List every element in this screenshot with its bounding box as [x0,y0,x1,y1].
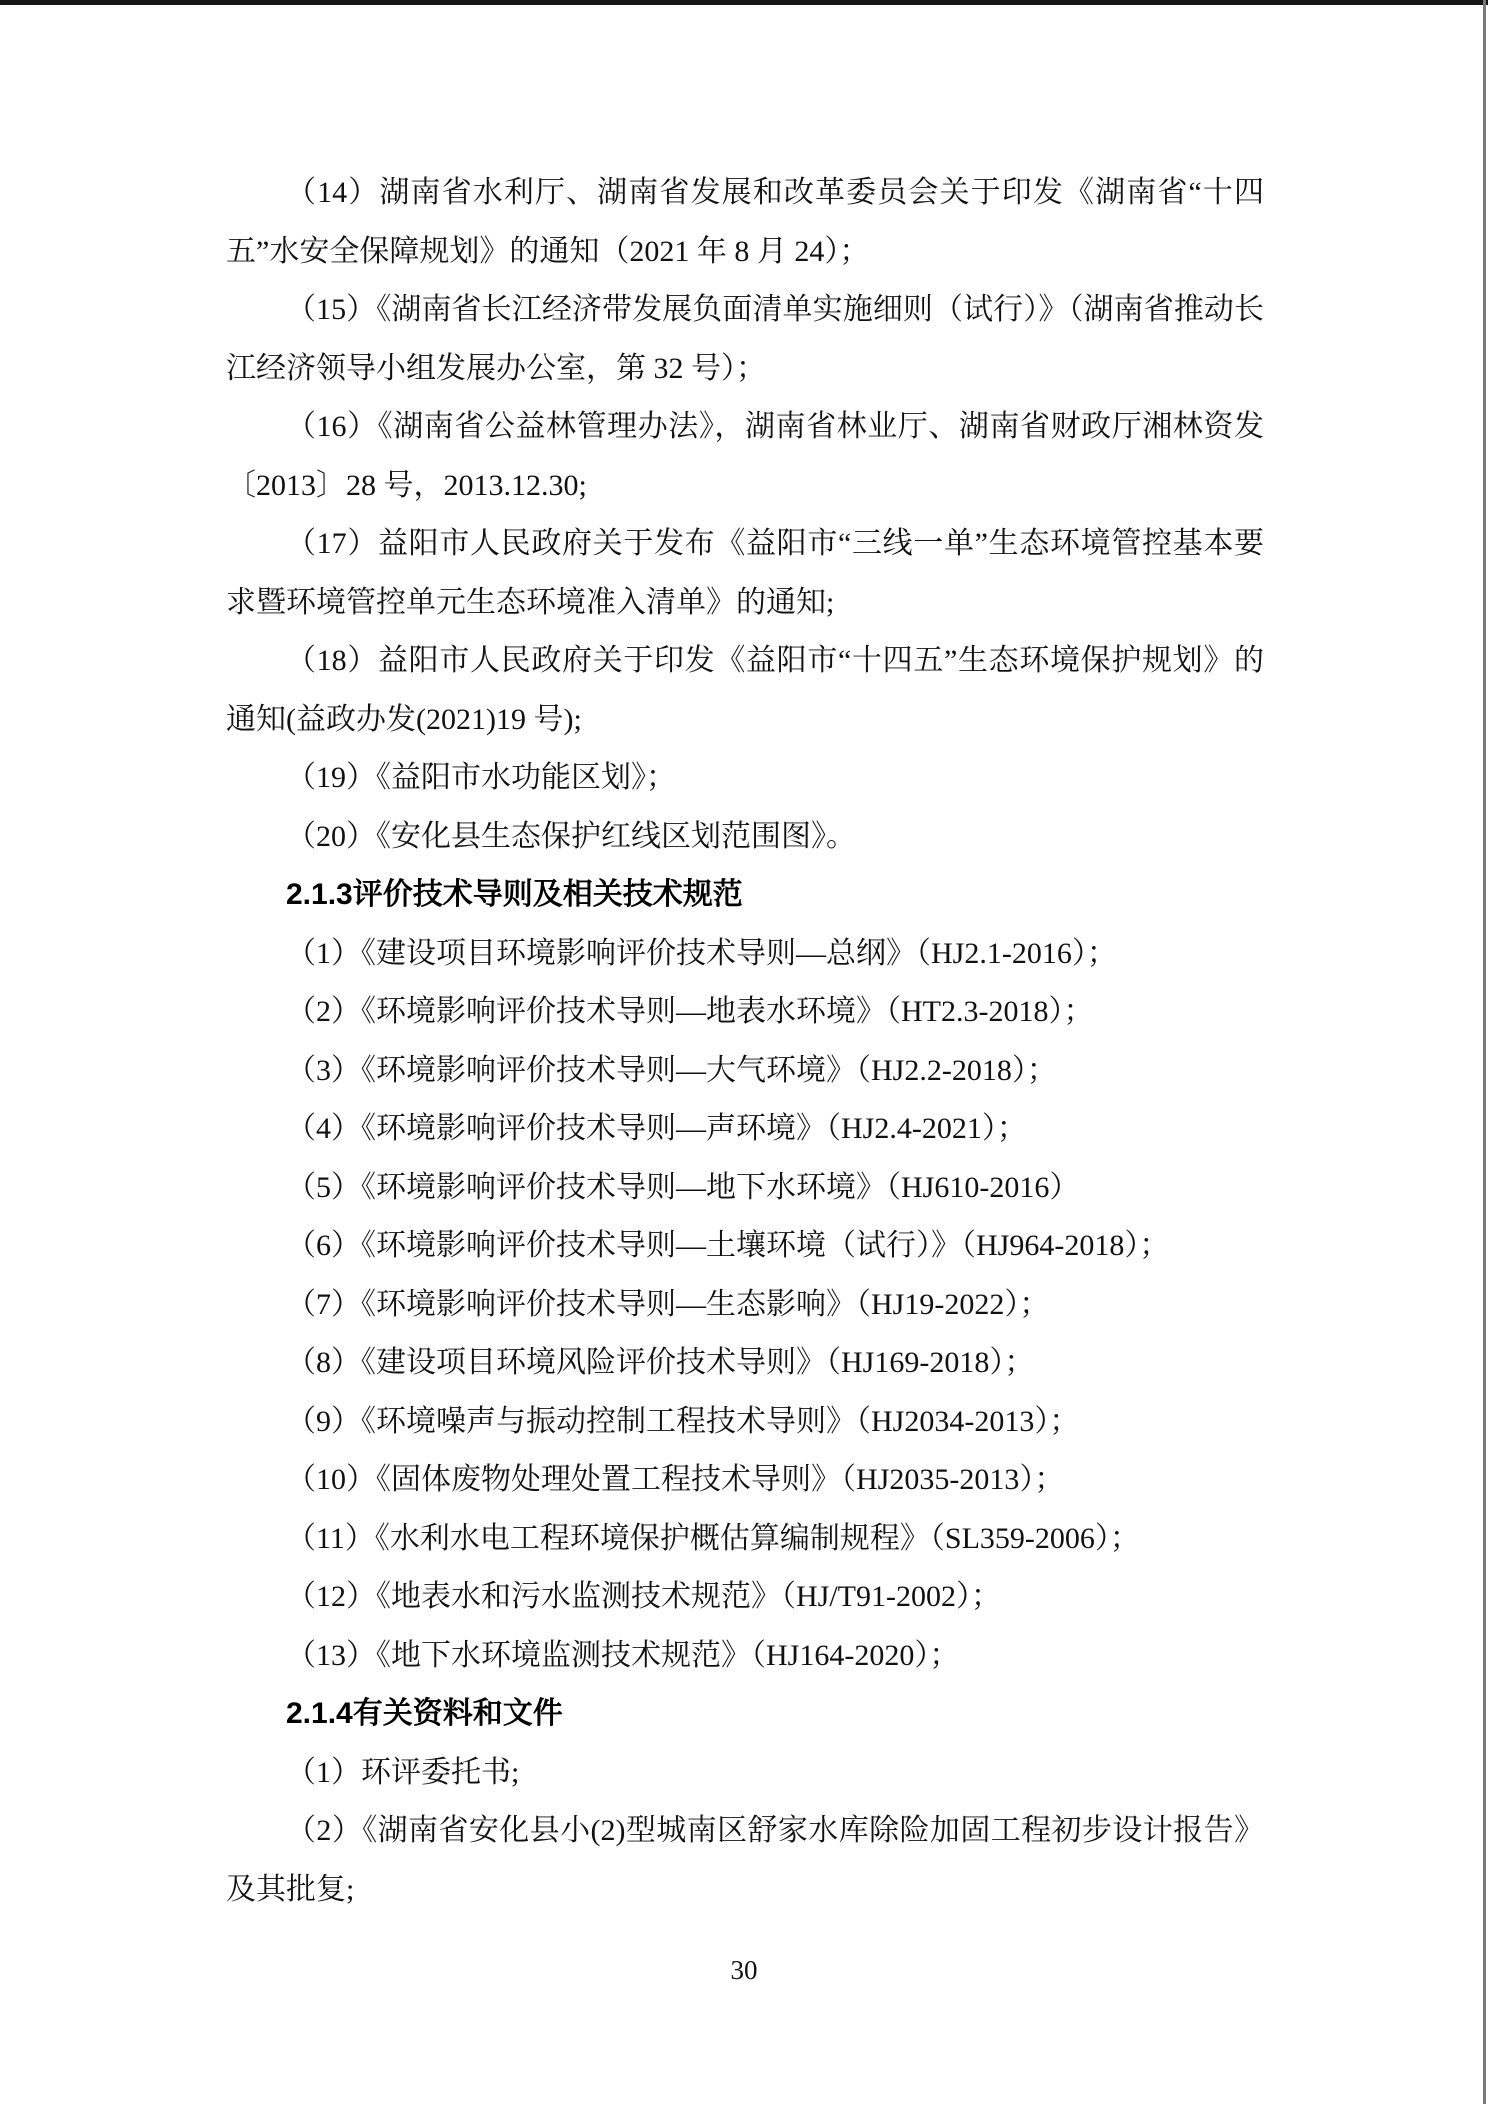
list-item-paragraph: （1）《建设项目环境影响评价技术导则—总纲》（HJ2.1-2016）； [226,925,1264,984]
list-item-paragraph: （3）《环境影响评价技术导则—大气环境》（HJ2.2-2018）； [226,1042,1264,1101]
list-item-paragraph: （20）《安化县生态保护红线区划范围图》。 [226,808,1264,867]
list-item-paragraph: （13）《地下水环境监测技术规范》（HJ164-2020）； [226,1627,1264,1686]
scan-right-edge [1483,0,1486,2104]
list-item-paragraph: （5）《环境影响评价技术导则—地下水环境》（HJ610-2016） [226,1159,1264,1218]
list-item-paragraph: （1）环评委托书; [226,1744,1264,1803]
list-item-paragraph: （10）《固体废物处理处置工程技术导则》（HJ2035-2013）； [226,1451,1264,1510]
document-page: （14）湖南省水利厅、湖南省发展和改革委员会关于印发《湖南省“十四五”水安全保障… [0,0,1488,2104]
section-heading: 2.1.4有关资料和文件 [226,1685,1264,1744]
list-item-paragraph: （9）《环境噪声与振动控制工程技术导则》（HJ2034-2013）； [226,1393,1264,1452]
list-item-paragraph: （15）《湖南省长江经济带发展负面清单实施细则（试行）》（湖南省推动长江经济领导… [226,281,1264,398]
list-item-paragraph: （2）《环境影响评价技术导则—地表水环境》（HT2.3-2018）； [226,983,1264,1042]
list-item-paragraph: （6）《环境影响评价技术导则—土壤环境（试行）》（HJ964-2018）； [226,1217,1264,1276]
page-number: 30 [0,1953,1488,1987]
list-item-paragraph: （4）《环境影响评价技术导则—声环境》（HJ2.4-2021）； [226,1100,1264,1159]
list-item-paragraph: （14）湖南省水利厅、湖南省发展和改革委员会关于印发《湖南省“十四五”水安全保障… [226,164,1264,281]
section-heading: 2.1.3评价技术导则及相关技术规范 [226,866,1264,925]
list-item-paragraph: （11）《水利水电工程环境保护概估算编制规程》（SL359-2006）； [226,1510,1264,1569]
list-item-paragraph: （16）《湖南省公益林管理办法》，湖南省林业厅、湖南省财政厅湘林资发〔2013〕… [226,398,1264,515]
list-item-paragraph: （17）益阳市人民政府关于发布《益阳市“三线一单”生态环境管控基本要求暨环境管控… [226,515,1264,632]
list-item-paragraph: （2）《湖南省安化县小(2)型城南区舒家水库除险加固工程初步设计报告》及其批复; [226,1802,1264,1919]
document-body: （14）湖南省水利厅、湖南省发展和改革委员会关于印发《湖南省“十四五”水安全保障… [226,164,1264,1919]
list-item-paragraph: （8）《建设项目环境风险评价技术导则》（HJ169-2018）； [226,1334,1264,1393]
scan-top-edge [0,0,1488,5]
list-item-paragraph: （12）《地表水和污水监测技术规范》（HJ/T91-2002）； [226,1568,1264,1627]
list-item-paragraph: （18）益阳市人民政府关于印发《益阳市“十四五”生态环境保护规划》的通知(益政办… [226,632,1264,749]
list-item-paragraph: （19）《益阳市水功能区划》； [226,749,1264,808]
list-item-paragraph: （7）《环境影响评价技术导则—生态影响》（HJ19-2022）； [226,1276,1264,1335]
